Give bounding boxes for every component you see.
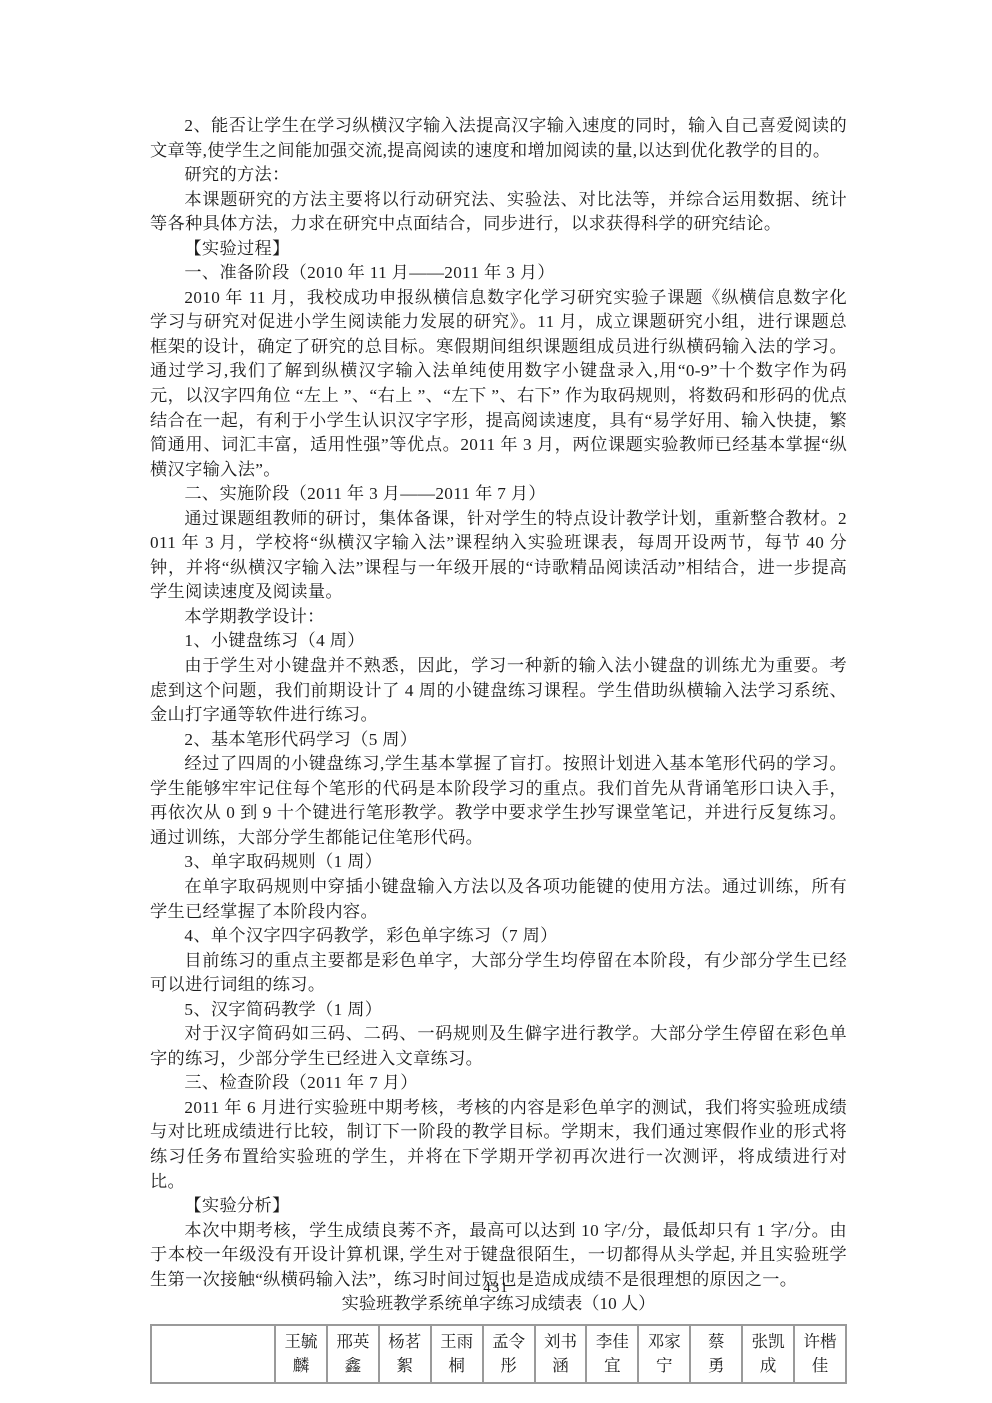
paragraph: 二、实施阶段（2011 年 3 月——2011 年 7 月） bbox=[150, 482, 847, 507]
paragraph: 目前练习的重点主要都是彩色单字，大部分学生均停留在本阶段，有少部分学生已经可以进… bbox=[150, 949, 847, 998]
table-header-cell: 许楷佳 bbox=[794, 1325, 846, 1383]
paragraph: 本课题研究的方法主要将以行动研究法、实验法、对比法等，并综合运用数据、统计等各种… bbox=[150, 188, 847, 237]
table-header-cell: 邢英鑫 bbox=[327, 1325, 379, 1383]
paragraph: 研究的方法： bbox=[150, 163, 847, 188]
paragraph: 一、准备阶段（2010 年 11 月——2011 年 3 月） bbox=[150, 261, 847, 286]
paragraph: 三、检查阶段（2011 年 7 月） bbox=[150, 1071, 847, 1096]
table-cell-line: 许楷 bbox=[797, 1330, 843, 1354]
paragraphs: 2、能否让学生在学习纵横汉字输入法提高汉字输入速度的同时，输入自己喜爱阅读的文章… bbox=[150, 114, 847, 1292]
table-cell-line: 宁 bbox=[641, 1354, 687, 1378]
table-header-cell: 孟令彤 bbox=[483, 1325, 535, 1383]
document-content: 2、能否让学生在学习纵横汉字输入法提高汉字输入速度的同时，输入自己喜爱阅读的文章… bbox=[150, 114, 847, 1384]
paragraph: 2011 年 6 月进行实验班中期考核，考核的内容是彩色单字的测试，我们将实验班… bbox=[150, 1096, 847, 1194]
paragraph: 2010 年 11 月，我校成功申报纵横信息数字化学习研究实验子课题《纵横信息数… bbox=[150, 286, 847, 482]
paragraph: 本学期教学设计： bbox=[150, 605, 847, 630]
page-number: 431 bbox=[0, 1280, 992, 1297]
paragraph: 4、单个汉字四字码教学，彩色单字练习（7 周） bbox=[150, 924, 847, 949]
paragraph: 在单字取码规则中穿插小键盘输入方法以及各项功能键的使用方法。通过训练，所有学生已… bbox=[150, 875, 847, 924]
table-cell-line: 李佳 bbox=[589, 1330, 635, 1354]
paragraph: 【实验过程】 bbox=[150, 237, 847, 262]
table-cell-line: 孟令 bbox=[486, 1330, 532, 1354]
table-cell-line: 麟 bbox=[278, 1354, 324, 1378]
paragraph: 对于汉字简码如三码、二码、一码规则及生僻字进行教学。大部分学生停留在彩色单字的练… bbox=[150, 1022, 847, 1071]
paragraph: 5、汉字简码教学（1 周） bbox=[150, 998, 847, 1023]
table-cell-line: 杨茗 bbox=[382, 1330, 428, 1354]
paragraph: 经过了四周的小键盘练习,学生基本掌握了盲打。按照计划进入基本笔形代码的学习。学生… bbox=[150, 752, 847, 850]
paragraph: 2、能否让学生在学习纵横汉字输入法提高汉字输入速度的同时，输入自己喜爱阅读的文章… bbox=[150, 114, 847, 163]
paragraph: 1、小键盘练习（4 周） bbox=[150, 629, 847, 654]
table-header-cell: 王毓麟 bbox=[275, 1325, 327, 1383]
table-cell-line: 絮 bbox=[382, 1354, 428, 1378]
paragraph: 3、单字取码规则（1 周） bbox=[150, 850, 847, 875]
table-header-cell: 李佳宜 bbox=[586, 1325, 638, 1383]
paragraph: 通过课题组教师的研讨，集体备课，针对学生的特点设计教学计划，重新整合教材。201… bbox=[150, 507, 847, 605]
table-cell-line: 邢英 bbox=[330, 1330, 376, 1354]
table-cell-line: 王雨 bbox=[434, 1330, 480, 1354]
table-header-cell: 邓家宁 bbox=[638, 1325, 690, 1383]
table-empty-cell bbox=[151, 1325, 275, 1383]
score-table: 王毓麟邢英鑫杨茗絮王雨桐孟令彤刘书涵李佳宜邓家宁蔡勇张凯成许楷佳 bbox=[150, 1324, 847, 1384]
table-cell-line: 蔡 bbox=[693, 1330, 739, 1354]
table-header-cell: 王雨桐 bbox=[431, 1325, 483, 1383]
table-header-row: 王毓麟邢英鑫杨茗絮王雨桐孟令彤刘书涵李佳宜邓家宁蔡勇张凯成许楷佳 bbox=[151, 1325, 846, 1383]
table-cell-line: 张凯 bbox=[745, 1330, 791, 1354]
table-cell-line: 王毓 bbox=[278, 1330, 324, 1354]
table-cell-line: 成 bbox=[745, 1354, 791, 1378]
table-header-cell: 杨茗絮 bbox=[379, 1325, 431, 1383]
table-cell-line: 鑫 bbox=[330, 1354, 376, 1378]
document-page: 2、能否让学生在学习纵横汉字输入法提高汉字输入速度的同时，输入自己喜爱阅读的文章… bbox=[0, 0, 992, 1403]
table-cell-line: 桐 bbox=[434, 1354, 480, 1378]
table-header-cell: 蔡勇 bbox=[690, 1325, 742, 1383]
paragraph: 【实验分析】 bbox=[150, 1194, 847, 1219]
table-cell-line: 邓家 bbox=[641, 1330, 687, 1354]
table-cell-line: 佳 bbox=[797, 1354, 843, 1378]
paragraph: 2、基本笔形代码学习（5 周） bbox=[150, 728, 847, 753]
table-cell-line: 涵 bbox=[538, 1354, 584, 1378]
table-header-cell: 张凯成 bbox=[742, 1325, 794, 1383]
table-header-cell: 刘书涵 bbox=[535, 1325, 587, 1383]
paragraph: 由于学生对小键盘并不熟悉，因此，学习一种新的输入法小键盘的训练尤为重要。考虑到这… bbox=[150, 654, 847, 728]
table-cell-line: 勇 bbox=[693, 1354, 739, 1378]
table-cell-line: 刘书 bbox=[538, 1330, 584, 1354]
table-cell-line: 彤 bbox=[486, 1354, 532, 1378]
table-cell-line: 宜 bbox=[589, 1354, 635, 1378]
